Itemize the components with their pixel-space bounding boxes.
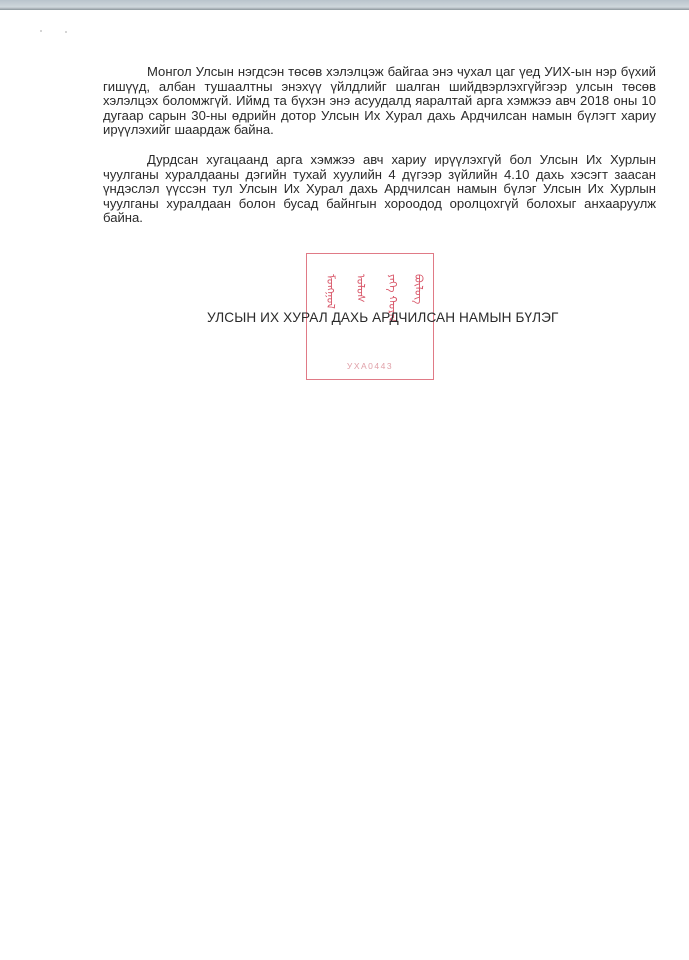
paragraph-2: Дурдсан хугацаанд арга хэмжээ авч хариу … xyxy=(103,153,656,226)
paragraph-1: Монгол Улсын нэгдсэн төсөв хэлэлцэж байг… xyxy=(103,65,656,138)
stamp-script-column: ᠪᠦᠯᠦᠭ xyxy=(409,274,423,344)
scan-top-edge xyxy=(0,0,689,10)
scan-artifact-dots xyxy=(40,28,70,34)
stamp-script-column: ᠶᠡᠬᠡ ᠬᠤᠷᠠᠯ xyxy=(383,274,397,344)
stamp-script-column: ᠮᠣᠩᠭᠣᠯ xyxy=(321,274,335,344)
stamp-script-column: ᠤᠯᠤᠰ xyxy=(351,274,365,344)
signature-org-name: УЛСЫН ИХ ХУРАЛ ДАХЬ АРДЧИЛСАН НАМЫН БҮЛЭ… xyxy=(207,310,559,325)
stamp-code: УХА0443 xyxy=(307,361,433,371)
letter-body: Монгол Улсын нэгдсэн төсөв хэлэлцэж байг… xyxy=(103,65,656,241)
